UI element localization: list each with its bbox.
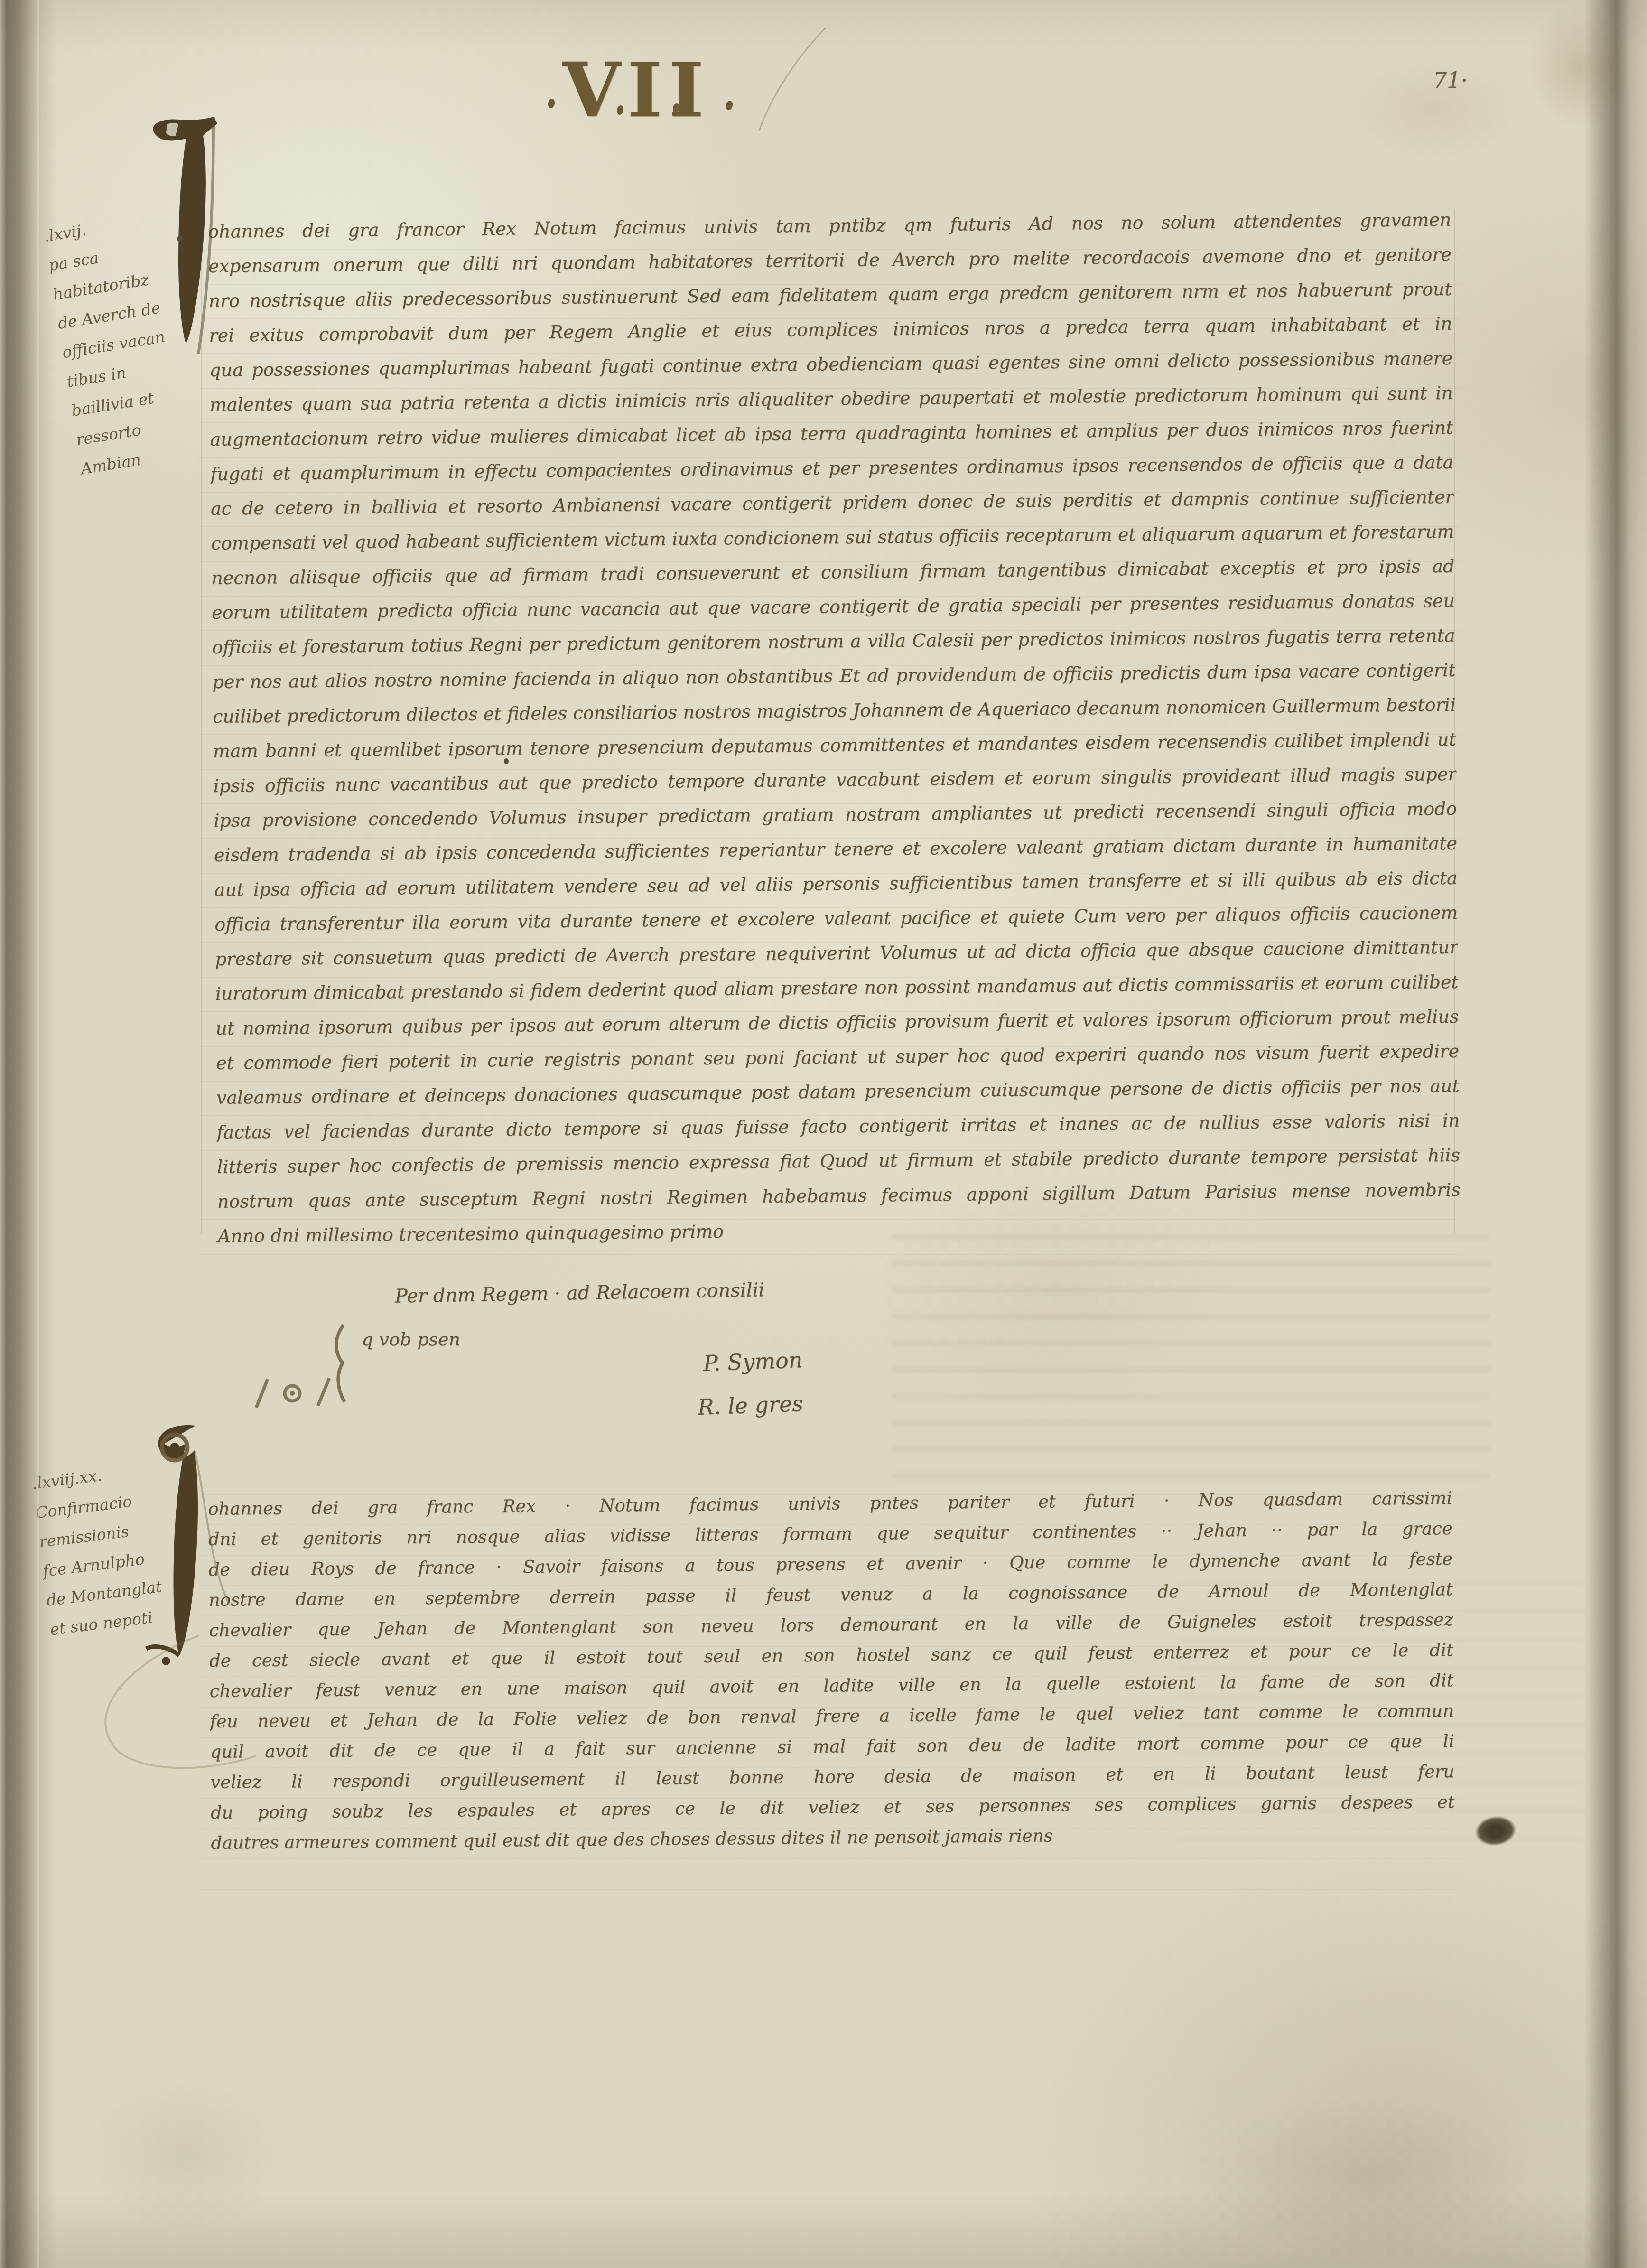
manuscript-scan: VII 71· .lxvij.pa scahabitatoribzde Aver… <box>0 0 1647 2268</box>
signature-symon: P. Symon <box>703 1347 803 1376</box>
page-fold-edge <box>1584 0 1647 2268</box>
binding-gutter <box>0 0 57 2268</box>
chancery-slash-marks <box>247 1374 342 1417</box>
entry1-lines: ohannes dei gra francor Rex Notum facimu… <box>208 203 1461 1219</box>
entry1-text-block: ohannes dei gra francor Rex Notum facimu… <box>208 203 1461 1254</box>
entry2-text-block: ohannes dei gra franc Rex · Notum facimu… <box>208 1483 1455 1858</box>
ink-speck <box>504 758 509 764</box>
signature-legres: R. le gres <box>697 1391 803 1420</box>
chancery-side-note: q vob psen <box>362 1329 460 1350</box>
pen-hairline-flourish <box>731 24 835 133</box>
page-edge-highlight <box>37 0 39 2268</box>
folio-number: 71· <box>1433 67 1468 93</box>
entry2-lines: ohannes dei gra franc Rex · Notum facimu… <box>208 1483 1455 1858</box>
chapter-number: VII <box>562 47 710 134</box>
ink-speck <box>177 236 183 241</box>
